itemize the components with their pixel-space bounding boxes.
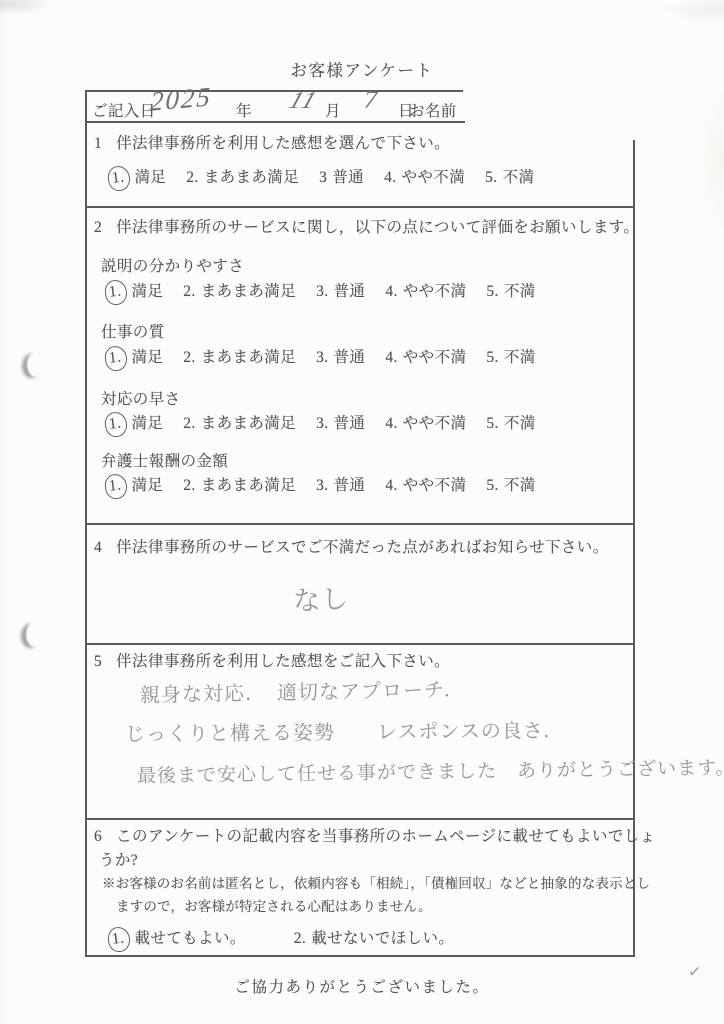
q2-item-options-explanation: 1.満足2.まあまあ満足3.普通4.やや不満5.不満 xyxy=(110,279,556,305)
option-number: 2. xyxy=(183,283,195,301)
q6-question-line-1: このアンケートの記載内容を当事務所のホームページに載せてもよいでしょ xyxy=(116,828,655,845)
option-label: まあまあ満足 xyxy=(204,169,299,186)
option-number: 3 xyxy=(319,169,327,187)
option-number: 4. xyxy=(385,349,397,367)
option-label: やや不満 xyxy=(403,349,467,366)
selected-option-circle: 1. xyxy=(104,279,129,306)
option-number: 3. xyxy=(316,283,328,301)
q6-options: 1.載せてもよい。2.載せないでほしい。 xyxy=(113,926,502,952)
month-label: 月 xyxy=(325,99,341,121)
option-5: 5.不満 xyxy=(485,169,534,186)
option-4: 4.やや不満 xyxy=(385,349,466,366)
q5-handwritten-line-2: じっくりと構える姿勢 レスポンスの良さ． xyxy=(125,714,564,747)
option-2: 2.まあまあ満足 xyxy=(183,349,296,366)
option-number: 3. xyxy=(316,415,328,433)
q5-question: 伴法律事務所を利用した感想をご記入下さい。 xyxy=(116,653,450,670)
footer-thanks: ご協力ありがとうございました。 xyxy=(0,975,724,997)
option-3: 3.普通 xyxy=(316,477,365,494)
option-label: 不満 xyxy=(503,169,535,186)
option-label: 不満 xyxy=(504,349,536,366)
option-2: 2.まあまあ満足 xyxy=(183,283,296,300)
option-1: 1.載せてもよい。 xyxy=(113,930,246,947)
option-label: 載せてもよい。 xyxy=(134,930,245,947)
option-3: 3.普通 xyxy=(316,415,365,432)
q2-item-options-quality: 1.満足2.まあまあ満足3.普通4.やや不満5.不満 xyxy=(110,345,556,371)
q2-item-label-quality: 仕事の質 xyxy=(101,320,165,342)
option-2: 2.まあまあ満足 xyxy=(186,169,299,186)
option-5: 5.不満 xyxy=(486,283,535,300)
q2-item-options-fee: 1.満足2.まあまあ満足3.普通4.やや不満5.不満 xyxy=(110,473,556,499)
scanned-survey-form: お客様アンケート ご記入日 2025 年 11 月 7 日 お名前 1伴法律事務… xyxy=(0,0,724,1024)
row-divider-2 xyxy=(85,523,635,525)
option-4: 4.やや不満 xyxy=(384,169,465,186)
selected-option-circle: 1. xyxy=(104,411,129,438)
option-number: 5. xyxy=(486,349,498,367)
option-number: 2. xyxy=(186,169,198,187)
option-4: 4.やや不満 xyxy=(385,415,466,432)
punch-hole-shadow-top xyxy=(22,354,40,378)
option-label: 普通 xyxy=(334,415,366,432)
q6-number: 6 xyxy=(94,828,102,846)
year-label: 年 xyxy=(236,99,252,121)
option-1: 1.満足 xyxy=(113,169,166,186)
option-number: 5. xyxy=(486,477,498,495)
q2-item-label-explanation: 説明の分かりやすさ xyxy=(101,254,244,276)
option-3: 3.普通 xyxy=(316,349,365,366)
option-label: まあまあ満足 xyxy=(201,349,296,366)
option-2: 2.まあまあ満足 xyxy=(183,477,296,494)
option-2: 2.まあまあ満足 xyxy=(183,415,296,432)
option-1: 1.満足 xyxy=(110,349,163,366)
option-label: 満足 xyxy=(131,477,163,494)
q2-question: 伴法律事務所のサービスに関し，以下の点について評価をお願いします。 xyxy=(116,219,639,236)
option-label: まあまあ満足 xyxy=(201,283,296,300)
option-label: やや不満 xyxy=(402,169,466,186)
q6-note-line-1: ※お客様のお名前は匿名とし，依頼内容も「相続」，「債権回収」などと抽象的な表示と… xyxy=(102,872,650,892)
header-bottom-rule xyxy=(85,121,465,123)
option-1: 1.満足 xyxy=(110,477,163,494)
selected-option-circle: 1. xyxy=(104,345,129,372)
option-5: 5.不満 xyxy=(486,349,535,366)
q5-handwritten-line-1: 親身な対応． 適切なアプローチ． xyxy=(140,673,465,708)
option-label: 普通 xyxy=(334,477,366,494)
option-number: 5. xyxy=(486,415,498,433)
option-number: 4. xyxy=(385,477,397,495)
form-title: お客様アンケート xyxy=(0,57,724,81)
name-label: お名前 xyxy=(409,99,457,121)
q4-question: 伴法律事務所のサービスでご不満だった点があればお知らせ下さい。 xyxy=(116,539,608,556)
selected-option-circle: 1. xyxy=(107,165,132,192)
q1-number: 1 xyxy=(94,135,102,153)
option-2: 2.載せないでほしい。 xyxy=(294,930,455,947)
option-number: 2. xyxy=(183,415,195,433)
q6-note-line-2: ますので，お客様が特定される心配はありません。 xyxy=(116,895,432,915)
option-number: 5. xyxy=(485,169,497,187)
option-label: 普通 xyxy=(332,169,364,186)
option-3: 3普通 xyxy=(319,169,364,186)
q6-heading-line-2: うか? xyxy=(99,848,138,870)
option-label: やや不満 xyxy=(403,415,467,432)
q2-number: 2 xyxy=(94,219,102,237)
option-number: 4. xyxy=(384,169,396,187)
row-divider-1 xyxy=(85,206,635,208)
option-4: 4.やや不満 xyxy=(385,477,466,494)
table-bottom-border xyxy=(85,955,635,957)
option-label: 載せないでほしい。 xyxy=(311,930,454,947)
q1-question: 伴法律事務所を利用した感想を選んで下さい。 xyxy=(116,135,450,152)
option-number: 4. xyxy=(385,283,397,301)
option-number: 4. xyxy=(385,415,397,433)
q2-item-label-speed: 対応の早さ xyxy=(101,387,181,409)
option-number: 2. xyxy=(294,930,306,948)
row-divider-3 xyxy=(85,643,635,645)
date-month-value: 11 xyxy=(285,88,321,115)
q4-handwritten-answer: なし xyxy=(292,577,350,619)
q1-heading: 1伴法律事務所を利用した感想を選んで下さい。 xyxy=(94,131,450,153)
handwritten-checkmark: ✓ xyxy=(687,961,702,982)
option-label: やや不満 xyxy=(403,477,467,494)
q2-item-label-fee: 弁護士報酬の金額 xyxy=(101,449,228,471)
q4-heading: 4伴法律事務所のサービスでご不満だった点があればお知らせ下さい。 xyxy=(94,535,609,557)
option-number: 3. xyxy=(316,349,328,367)
punch-hole-shadow-bottom xyxy=(21,624,39,648)
option-number: 3. xyxy=(316,477,328,495)
date-day-value: 7 xyxy=(363,85,380,116)
q4-number: 4 xyxy=(94,539,102,557)
option-number: 2. xyxy=(183,349,195,367)
option-label: 不満 xyxy=(504,415,536,432)
option-1: 1.満足 xyxy=(110,415,163,432)
option-label: 満足 xyxy=(134,169,166,186)
option-1: 1.満足 xyxy=(110,283,163,300)
q5-handwritten-line-3: 最後まで安心して任せる事ができました ありがとうございます。 xyxy=(137,753,724,788)
q5-heading: 5伴法律事務所を利用した感想をご記入下さい。 xyxy=(94,649,450,671)
q2-item-options-speed: 1.満足2.まあまあ満足3.普通4.やや不満5.不満 xyxy=(110,411,556,437)
q6-heading-line-1: 6このアンケートの記載内容を当事務所のホームページに載せてもよいでしょ xyxy=(94,824,656,846)
option-label: まあまあ満足 xyxy=(201,477,296,494)
header-top-rule xyxy=(85,90,463,92)
selected-option-circle: 1. xyxy=(107,926,132,953)
option-label: 満足 xyxy=(131,415,163,432)
option-3: 3.普通 xyxy=(316,283,365,300)
option-label: まあまあ満足 xyxy=(201,415,296,432)
option-number: 2. xyxy=(183,477,195,495)
option-5: 5.不満 xyxy=(486,415,535,432)
option-label: 不満 xyxy=(504,477,536,494)
q5-number: 5 xyxy=(94,653,102,671)
option-5: 5.不満 xyxy=(486,477,535,494)
date-year-value: 2025 xyxy=(149,81,212,118)
q2-heading: 2伴法律事務所のサービスに関し，以下の点について評価をお願いします。 xyxy=(94,215,639,237)
date-label: ご記入日 xyxy=(92,99,156,121)
option-label: 不満 xyxy=(504,283,536,300)
option-4: 4.やや不満 xyxy=(385,283,466,300)
option-label: 満足 xyxy=(131,349,163,366)
selected-option-circle: 1. xyxy=(104,473,129,500)
option-label: やや不満 xyxy=(403,283,467,300)
option-label: 普通 xyxy=(334,349,366,366)
option-label: 満足 xyxy=(131,283,163,300)
option-label: 普通 xyxy=(334,283,366,300)
row-divider-4 xyxy=(85,818,635,820)
option-number: 5. xyxy=(486,283,498,301)
q1-options: 1.満足2.まあまあ満足3普通4.やや不満5.不満 xyxy=(113,165,554,191)
